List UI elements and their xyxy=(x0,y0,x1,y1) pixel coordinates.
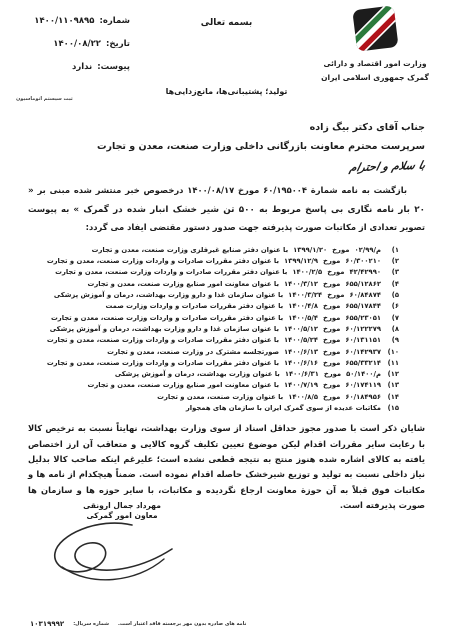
org-customs-name: گمرک جمهوری اسلامی ایران xyxy=(311,71,439,85)
footer-bar: نامه های صادره بدون مهر برجسته فاقد اعتب… xyxy=(30,620,246,628)
reference-description: با عنوان معاونت امور صنایع وزارت صنعت، م… xyxy=(88,380,280,391)
reference-date: ۱۴۰۰/۳/۲۴ xyxy=(288,290,322,301)
signature-block: مهرداد جمال ارونقی معاون امور گمرکی xyxy=(48,501,196,520)
reference-date: ۱۴۰۰/۳/۱۲ xyxy=(284,279,318,290)
reference-dated-word: مورخ xyxy=(323,313,340,324)
reference-index: ۹) xyxy=(386,335,399,346)
iran-customs-emblem-icon xyxy=(346,5,404,57)
org-header-block: وزارت امور اقتصاد و دارائی گمرک جمهوری ا… xyxy=(311,5,439,85)
footer-serial-value: ۱۰۳۱۹۹۹۲ xyxy=(30,620,64,628)
reference-date: ۱۳۹۹/۱/۲۰ xyxy=(293,245,327,256)
reference-item: ۱۲)۵۰/م/۱۴۰۰مورخ۱۴۰۰/۶/۳۱با عنوان وزارت … xyxy=(28,369,399,380)
reference-index: ۱) xyxy=(386,245,399,256)
reference-item: ۷)۶۵۵/۲۳۰۵۱مورخ۱۴۰۰/۵/۴با عنوان دفتر مقر… xyxy=(28,313,399,324)
reference-item: ۸)۶۰/۱۲۲۲۷۹مورخ۱۴۰۰/۵/۱۲با عنوان سازمان … xyxy=(28,324,399,335)
reference-index: ۱۰) xyxy=(386,347,399,358)
reference-letter-number: ۶۵۵/۲۳۰۵۱ xyxy=(345,313,381,324)
reference-dated-word: مورخ xyxy=(323,301,340,312)
reference-letter-number: ۵۰/م/۱۴۰۰ xyxy=(346,369,381,380)
reference-dated-word: مورخ xyxy=(323,392,340,403)
reference-letter-number: ۶۰/۸۴۸۷۴ xyxy=(349,290,381,301)
reference-letter-number: ۴۲/۴۲۹۹۰ xyxy=(349,267,381,278)
reference-index: ۷) xyxy=(386,313,399,324)
year-slogan: تولید؛ پشتیبانی‌ها، مانع‌زدایی‌ها xyxy=(0,87,453,96)
reference-item: ۱۴)۶۰/۱۸۴۹۵۶مورخ۱۴۰۰/۸/۵با عنوان وزارت ص… xyxy=(28,392,399,403)
reference-letter-number: ۶۰/۱۴۲۹۳۷ xyxy=(345,347,381,358)
p1-mid: درخصوص خبر منتشر شده مبنی بر xyxy=(37,185,183,195)
reference-dated-word: مورخ xyxy=(323,335,340,346)
recipient-title: سرپرست محترم معاونت بازرگانی داخلی وزارت… xyxy=(28,141,425,153)
reference-dated-word: مورخ xyxy=(327,267,344,278)
reference-item: ۹)۶۰/۱۳۱۱۵۱مورخ۱۴۰۰/۵/۲۴با عنوان دفتر مق… xyxy=(28,335,399,346)
reference-letter-number: ۶۰/۱۲۲۲۷۹ xyxy=(345,324,381,335)
handwritten-signature-icon xyxy=(40,511,190,591)
reference-description: با عنوان دفتر مقررات صادرات و واردات وزا… xyxy=(47,256,279,267)
p1-reference-date: ۱۴۰۰/۰۸/۱۷ xyxy=(187,185,234,195)
reference-date: ۱۴۰۰/۷/۱۹ xyxy=(284,380,318,391)
reference-index: ۱۵) xyxy=(386,403,399,414)
reference-description: با عنوان وزارت بهداشت، درمان و آموزش پزش… xyxy=(115,369,280,380)
letter-attachment-value: ندارد xyxy=(72,62,92,72)
letter-body: جناب آقای دکتر بیگ زاده سرپرست محترم معا… xyxy=(28,122,425,521)
reference-item: ۶)۶۵۵/۱۷۸۴۴مورخ۱۴۰۰/۴/۸با عنوان دفتر مقر… xyxy=(28,301,399,312)
reference-index: ۵) xyxy=(386,290,399,301)
reference-date: ۱۳۹۹/۱۲/۹ xyxy=(284,256,318,267)
automation-note: ثبت سیستم اتوماسیون xyxy=(16,96,73,102)
reference-description: با عنوان وزارت صنعت، معدن و تجارت xyxy=(157,392,283,403)
reference-description: با عنوان دفتر مقررات صادرات و واردات وزا… xyxy=(47,335,279,346)
reference-date: ۱۴۰۰/۵/۴ xyxy=(288,313,318,324)
reference-index: ۱۴) xyxy=(386,392,399,403)
reference-description: با عنوان دفتر مقررات صادرات و واردات وزا… xyxy=(55,267,287,278)
p1-before: بازگشت به نامه شمارة xyxy=(311,185,407,195)
p1-reference-number: ۶۰/۱۹۵۰۰۴ xyxy=(263,185,307,195)
reference-letter-number: ۶۰/۱۳۱۱۵۱ xyxy=(345,335,381,346)
letter-date-row: تاریخ: ۱۴۰۰/۰۸/۲۲ xyxy=(12,39,130,49)
reference-dated-word: مورخ xyxy=(327,290,344,301)
letter-date-label: تاریخ: xyxy=(106,39,130,49)
reference-letter-number: ۶۰/۱۷۴۱۱۹ xyxy=(345,380,381,391)
reference-description: با عنوان دفتر مقررات صادرات و واردات وزا… xyxy=(51,313,283,324)
reference-item: ۱۳)۶۰/۱۷۴۱۱۹مورخ۱۴۰۰/۷/۱۹با عنوان معاونت… xyxy=(28,380,399,391)
reference-date: ۱۴۰۰/۵/۱۲ xyxy=(284,324,318,335)
reference-dated-word: مورخ xyxy=(324,369,341,380)
reference-index: ۱۲) xyxy=(386,369,399,380)
reference-letter-number: ۶۰/۳۰۰۲۱۰ xyxy=(345,256,381,267)
signer-name: مهرداد جمال ارونقی xyxy=(48,501,196,511)
reference-date: ۱۴۰۰/۵/۲۴ xyxy=(284,335,318,346)
reference-date: ۱۴۰۰/۶/۱۶ xyxy=(284,358,318,369)
p1-dated-word: مورخ xyxy=(238,185,259,195)
reference-item: ۱۵)مکاتبات عدیده از سوی گمرک ایران با سا… xyxy=(28,403,399,414)
closing-paragraph: شایان ذکر است با صدور مجوز حداقل اسناد ا… xyxy=(28,421,425,513)
reference-letter-number: ۰۲/م/۹۹ xyxy=(354,245,381,256)
org-ministry-name: وزارت امور اقتصاد و دارائی xyxy=(311,57,439,71)
reference-description: مکاتبات عدیده از سوی گمرک ایران با سازما… xyxy=(186,403,381,414)
reference-item: ۳)۴۲/۴۲۹۹۰مورخ۱۴۰۰/۲/۵با عنوان دفتر مقرر… xyxy=(28,267,399,278)
reference-index: ۳) xyxy=(386,267,399,278)
reference-description: با عنوان دفتر مقررات صادرات و واردات وزا… xyxy=(105,301,283,312)
reference-dated-word: مورخ xyxy=(332,245,349,256)
reference-letter-number: ۶۵۵/۱۷۸۴۴ xyxy=(345,301,381,312)
recipient-name: جناب آقای دکتر بیگ زاده xyxy=(28,122,425,134)
letter-attachment-label: پیوست: xyxy=(97,62,130,72)
salutation-handwritten: با سلام و احترام xyxy=(348,159,426,175)
reference-description: صورتجلسه مشترک در وزارت صنعت، معدن و تجا… xyxy=(107,347,279,358)
reference-dated-word: مورخ xyxy=(323,324,340,335)
reference-date: ۱۴۰۰/۴/۸ xyxy=(288,301,318,312)
reference-item: ۱۱)۶۵۵/۳۳۲۱۴مورخ۱۴۰۰/۶/۱۶با عنوان دفتر م… xyxy=(28,358,399,369)
reference-letter-number: ۶۵۵/۳۳۲۱۴ xyxy=(345,358,381,369)
reference-description: با عنوان دفتر صنایع غیرفلزی وزارت صنعت، … xyxy=(92,245,288,256)
letter-date-value: ۱۴۰۰/۰۸/۲۲ xyxy=(53,39,101,49)
reference-index: ۱۳) xyxy=(386,380,399,391)
reference-date: ۱۴۰۰/۶/۳۱ xyxy=(285,369,319,380)
reference-letter-number: ۶۰/۱۸۴۹۵۶ xyxy=(345,392,381,403)
references-list: ۱)۰۲/م/۹۹مورخ۱۳۹۹/۱/۲۰با عنوان دفتر صنای… xyxy=(28,245,425,414)
reference-description: با عنوان دفتر مقررات صادرات و واردات وزا… xyxy=(47,358,279,369)
reference-dated-word: مورخ xyxy=(323,380,340,391)
reference-date: ۱۴۰۰/۶/۱۳ xyxy=(284,347,318,358)
reference-item: ۱)۰۲/م/۹۹مورخ۱۳۹۹/۱/۲۰با عنوان دفتر صنای… xyxy=(28,245,399,256)
letter-attachment-row: پیوست: ندارد xyxy=(12,62,130,72)
opening-paragraph: بازگشت به نامه شمارة ۶۰/۱۹۵۰۰۴ مورخ ۱۴۰۰… xyxy=(28,182,425,237)
reference-index: ۴) xyxy=(386,279,399,290)
reference-index: ۸) xyxy=(386,324,399,335)
reference-description: با عنوان معاونت امور صنایع وزارت صنعت، م… xyxy=(88,279,280,290)
reference-index: ۱۱) xyxy=(386,358,399,369)
reference-item: ۴)۶۵۵/۱۲۸۶۲مورخ۱۴۰۰/۳/۱۲با عنوان معاونت … xyxy=(28,279,399,290)
reference-item: ۵)۶۰/۸۴۸۷۴مورخ۱۴۰۰/۳/۲۴با عنوان سازمان غ… xyxy=(28,290,399,301)
reference-dated-word: مورخ xyxy=(323,347,340,358)
reference-item: ۱۰)۶۰/۱۴۲۹۳۷مورخ۱۴۰۰/۶/۱۳صورتجلسه مشترک … xyxy=(28,347,399,358)
footer-serial-label: شماره سریال: xyxy=(73,621,109,627)
reference-date: ۱۴۰۰/۸/۵ xyxy=(288,392,318,403)
footer-validity-note: نامه های صادره بدون مهر برجسته فاقد اعتب… xyxy=(118,621,246,627)
reference-description: با عنوان سازمان غذا و دارو وزارت بهداشت،… xyxy=(50,324,279,335)
reference-index: ۲) xyxy=(386,256,399,267)
reference-item: ۲)۶۰/۳۰۰۲۱۰مورخ۱۳۹۹/۱۲/۹با عنوان دفتر مق… xyxy=(28,256,399,267)
reference-dated-word: مورخ xyxy=(323,358,340,369)
reference-letter-number: ۶۵۵/۱۲۸۶۲ xyxy=(345,279,381,290)
reference-index: ۶) xyxy=(386,301,399,312)
reference-dated-word: مورخ xyxy=(323,256,340,267)
reference-description: با عنوان سازمان غذا و دارو وزارت بهداشت،… xyxy=(54,290,283,301)
reference-date: ۱۴۰۰/۲/۵ xyxy=(292,267,322,278)
reference-dated-word: مورخ xyxy=(323,279,340,290)
